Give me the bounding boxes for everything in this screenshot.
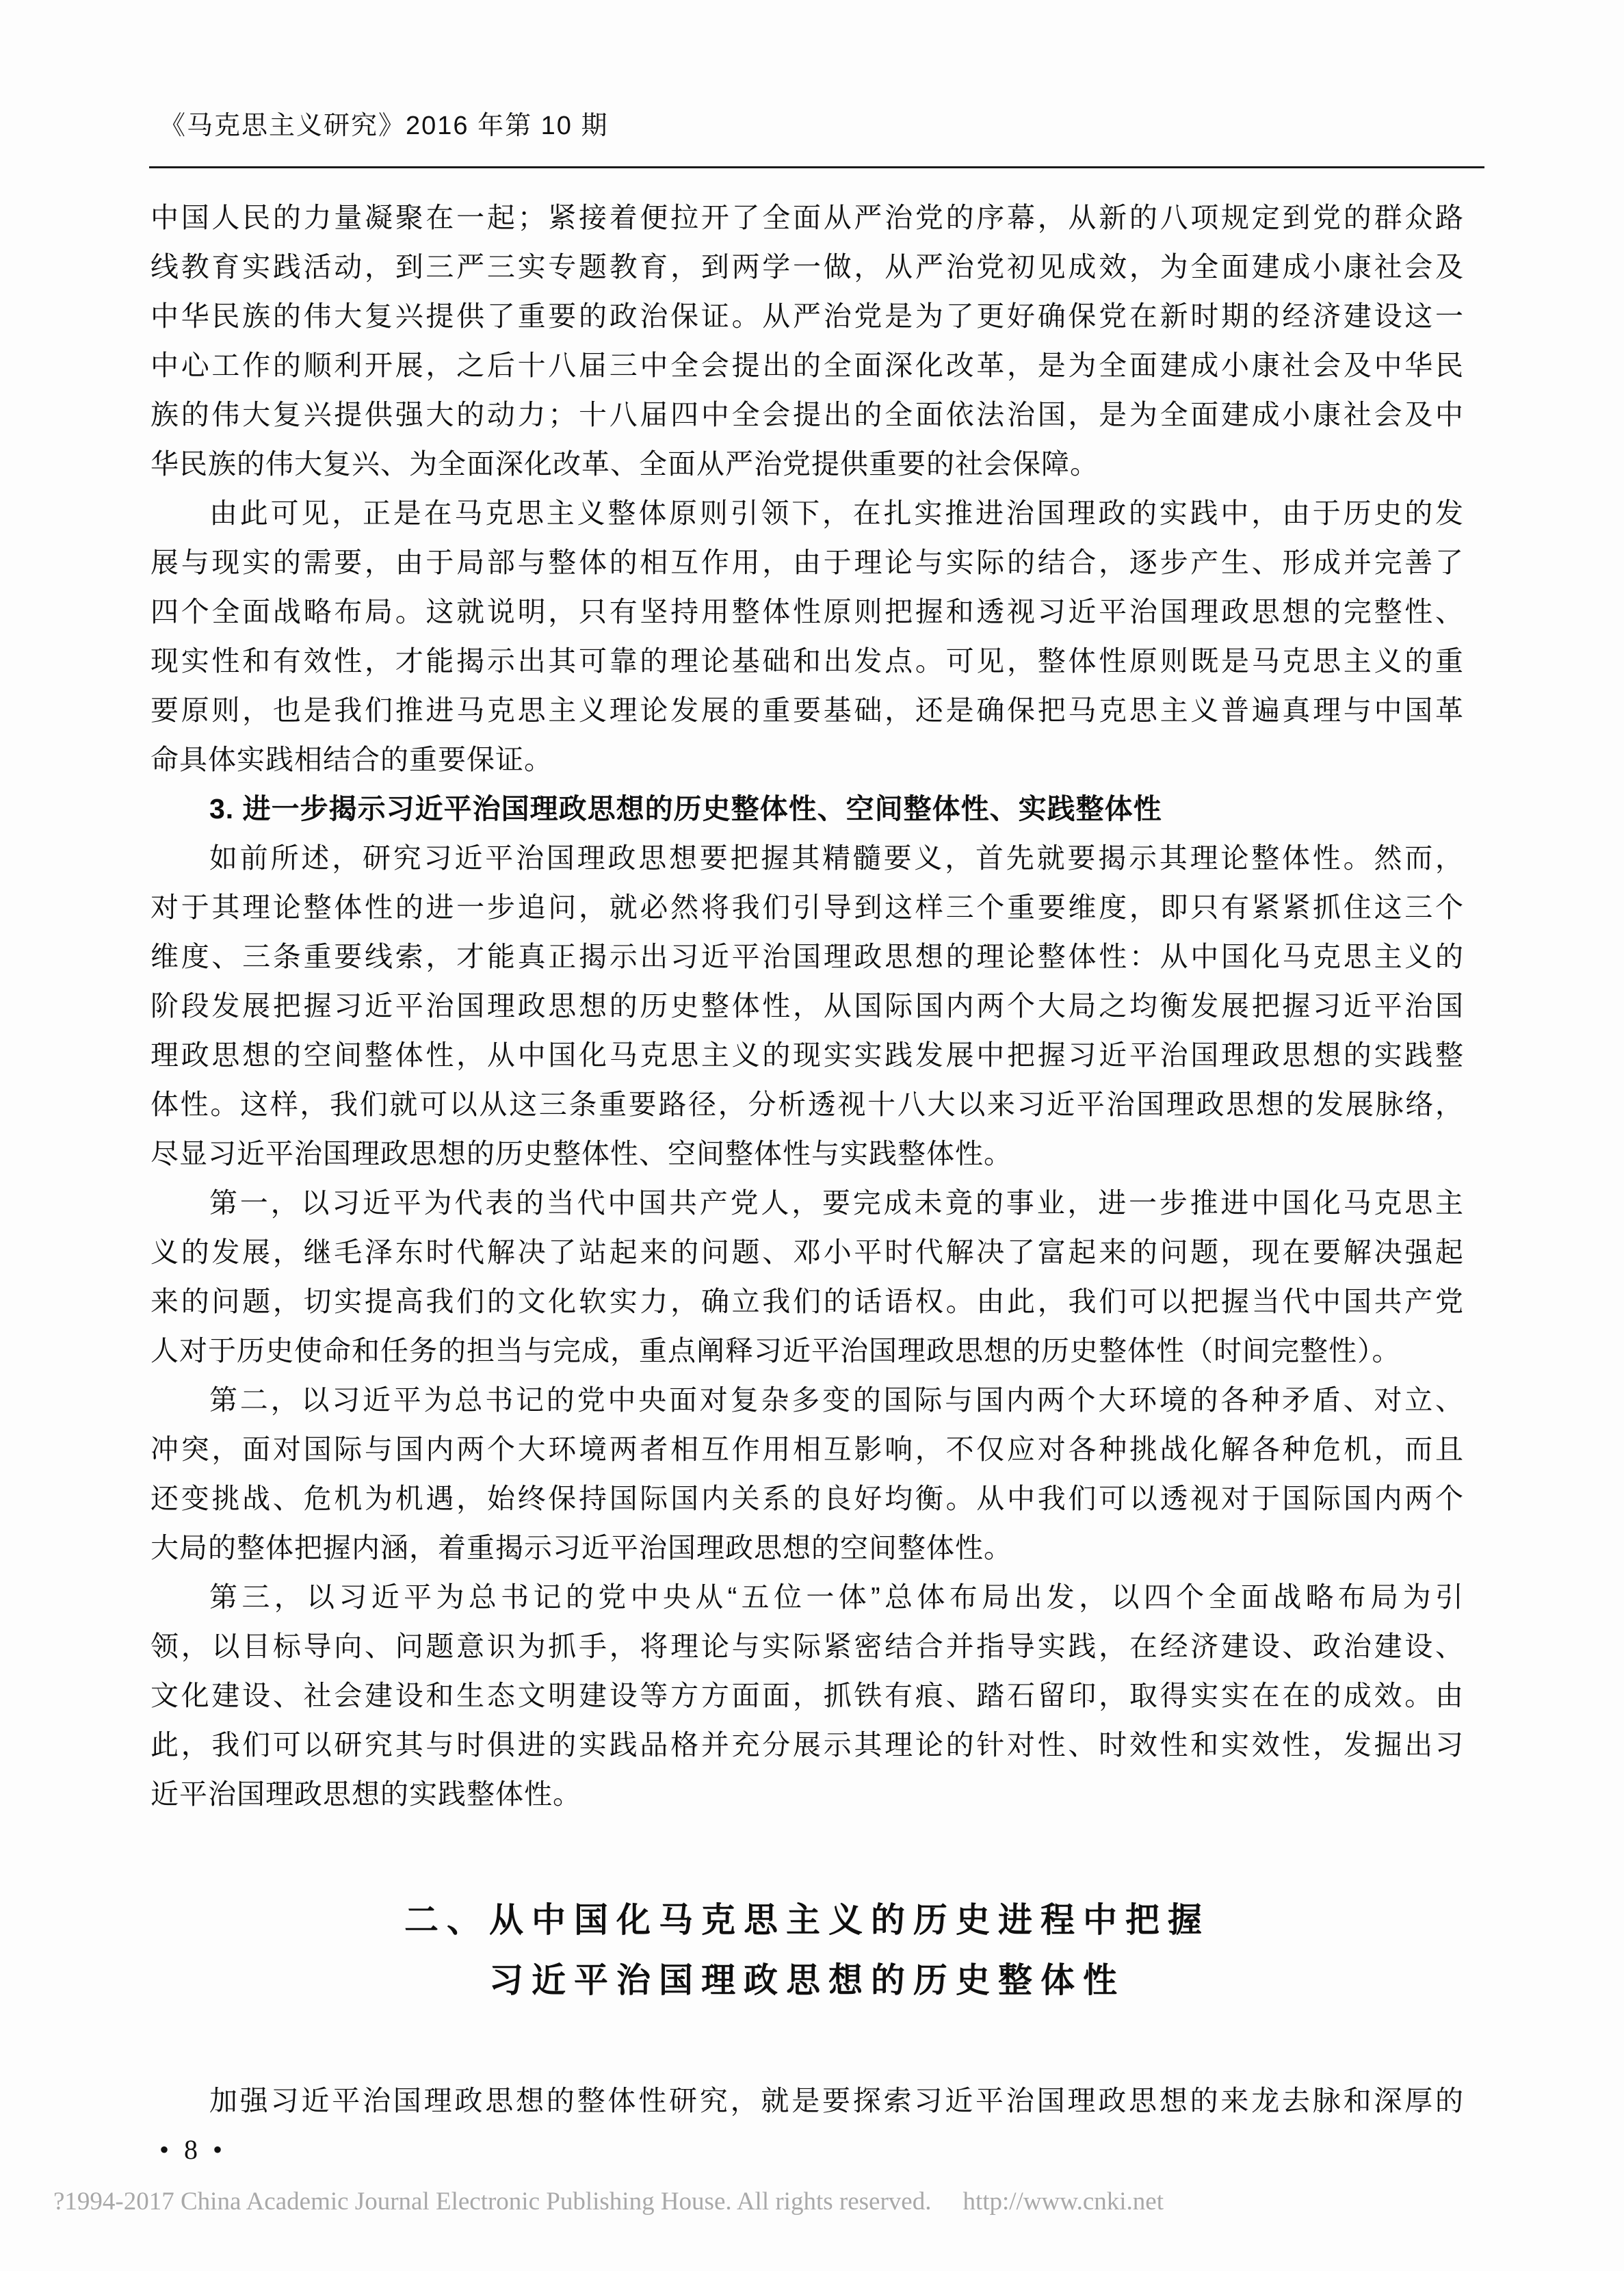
paragraph: 第一，以习近平为代表的当代中国共产党人，要完成未竟的事业，进一步推进中国化马克思… <box>150 1178 1464 1375</box>
text-line: 近平治国理政思想的实践整体性。 <box>150 1769 1464 1819</box>
paragraph: 由此可见，正是在马克思主义整体原则引领下，在扎实推进治国理政的实践中，由于历史的… <box>150 489 1464 784</box>
text-line: 华民族的伟大复兴、为全面深化改革、全面从严治党提供重要的社会保障。 <box>150 439 1464 489</box>
text-line: 还变挑战、危机为机遇，始终保持国际国内关系的良好均衡。从中我们可以透视对于国际国… <box>150 1474 1464 1523</box>
text-line: 义的发展，继毛泽东时代解决了站起来的问题、邓小平时代解决了富起来的问题，现在要解… <box>150 1228 1464 1277</box>
text-line: 人对于历史使命和任务的担当与完成，重点阐释习近平治国理政思想的历史整体性（时间完… <box>150 1326 1464 1375</box>
page-number: • 8 • <box>159 2133 226 2166</box>
text-line: 第二，以习近平为总书记的党中央面对复杂多变的国际与国内两个大环境的各种矛盾、对立… <box>150 1375 1464 1425</box>
text-line: 中国人民的力量凝聚在一起；紧接着便拉开了全面从严治党的序幕，从新的八项规定到党的… <box>150 193 1464 242</box>
text-line: 对于其理论整体性的进一步追问，就必然将我们引导到这样三个重要维度，即只有紧紧抓住… <box>150 883 1464 932</box>
text-line: 体性。这样，我们就可以从这三条重要路径，分析透视十八大以来习近平治国理政思想的发… <box>150 1080 1464 1129</box>
journal-page: 《马克思主义研究》2016 年第 10 期 中国人民的力量凝聚在一起；紧接着便拉… <box>0 0 1624 2271</box>
text-line: 3. 进一步揭示习近平治国理政思想的历史整体性、空间整体性、实践整体性 <box>150 784 1464 833</box>
paragraph: 加强习近平治国理政思想的整体性研究，就是要探索习近平治国理政思想的来龙去脉和深厚… <box>150 2076 1464 2125</box>
text-line: 由此可见，正是在马克思主义整体原则引领下，在扎实推进治国理政的实践中，由于历史的… <box>150 489 1464 538</box>
text-line: 理政思想的空间整体性，从中国化马克思主义的现实实践发展中把握习近平治国理政思想的… <box>150 1030 1464 1080</box>
text-line: 文化建设、社会建设和生态文明建设等方方面面，抓铁有痕、踏石留印，取得实实在在的成… <box>150 1671 1464 1720</box>
text-line: 第一，以习近平为代表的当代中国共产党人，要完成未竟的事业，进一步推进中国化马克思… <box>150 1178 1464 1228</box>
text-line: 尽显习近平治国理政思想的历史整体性、空间整体性与实践整体性。 <box>150 1129 1464 1178</box>
paragraph: 第二，以习近平为总书记的党中央面对复杂多变的国际与国内两个大环境的各种矛盾、对立… <box>150 1375 1464 1572</box>
text-line: 要原则，也是我们推进马克思主义理论发展的重要基础，还是确保把马克思主义普遍真理与… <box>150 686 1464 735</box>
text-line: 展与现实的需要，由于局部与整体的相互作用，由于理论与实际的结合，逐步产生、形成并… <box>150 538 1464 587</box>
text-line: 领，以目标导向、问题意识为抓手，将理论与实际紧密结合并指导实践，在经济建设、政治… <box>150 1622 1464 1671</box>
text-line: 阶段发展把握习近平治国理政思想的历史整体性，从国际国内两个大局之均衡发展把握习近… <box>150 981 1464 1030</box>
text-line: 加强习近平治国理政思想的整体性研究，就是要探索习近平治国理政思想的来龙去脉和深厚… <box>150 2076 1464 2125</box>
section-heading-line: 二、从中国化马克思主义的历史进程中把握 <box>150 1890 1464 1950</box>
text-line: 冲突，面对国际与国内两个大环境两者相互作用相互影响，不仅应对各种挑战化解各种危机… <box>150 1425 1464 1474</box>
text-line: 四个全面战略布局。这就说明，只有坚持用整体性原则把握和透视习近平治国理政思想的完… <box>150 587 1464 636</box>
paragraph: 中国人民的力量凝聚在一起；紧接着便拉开了全面从严治党的序幕，从新的八项规定到党的… <box>150 193 1464 489</box>
text-line: 族的伟大复兴提供强大的动力；十八届四中全会提出的全面依法治国，是为全面建成小康社… <box>150 390 1464 439</box>
section-heading: 二、从中国化马克思主义的历史进程中把握习近平治国理政思想的历史整体性 <box>150 1890 1464 2010</box>
text-line: 现实性和有效性，才能揭示出其可靠的理论基础和出发点。可见，整体性原则既是马克思主… <box>150 636 1464 686</box>
text-line: 中华民族的伟大复兴提供了重要的政治保证。从严治党是为了更好确保党在新时期的经济建… <box>150 291 1464 341</box>
sub-heading: 3. 进一步揭示习近平治国理政思想的历史整体性、空间整体性、实践整体性 <box>150 784 1464 833</box>
paragraph: 如前所述，研究习近平治国理政思想要把握其精髓要义，首先就要揭示其理论整体性。然而… <box>150 833 1464 1178</box>
copyright-text: ?1994-2017 China Academic Journal Electr… <box>53 2188 931 2216</box>
article-body: 中国人民的力量凝聚在一起；紧接着便拉开了全面从严治党的序幕，从新的八项规定到党的… <box>150 193 1464 2125</box>
footer-url: http://www.cnki.net <box>962 2188 1164 2216</box>
text-line: 如前所述，研究习近平治国理政思想要把握其精髓要义，首先就要揭示其理论整体性。然而… <box>150 833 1464 883</box>
text-line: 第三，以习近平为总书记的党中央从“五位一体”总体布局出发，以四个全面战略布局为引 <box>150 1572 1464 1622</box>
journal-header: 《马克思主义研究》2016 年第 10 期 <box>159 104 608 142</box>
text-line: 维度、三条重要线索，才能真正揭示出习近平治国理政思想的理论整体性：从中国化马克思… <box>150 932 1464 981</box>
paragraph: 第三，以习近平为总书记的党中央从“五位一体”总体布局出发，以四个全面战略布局为引… <box>150 1572 1464 1819</box>
footer: ?1994-2017 China Academic Journal Electr… <box>53 2187 1164 2216</box>
section-heading-line: 习近平治国理政思想的历史整体性 <box>150 1950 1464 2010</box>
text-line: 中心工作的顺利开展，之后十八届三中全会提出的全面深化改革，是为全面建成小康社会及… <box>150 341 1464 390</box>
text-line: 来的问题，切实提高我们的文化软实力，确立我们的话语权。由此，我们可以把握当代中国… <box>150 1277 1464 1326</box>
text-line: 线教育实践活动，到三严三实专题教育，到两学一做，从严治党初见成效，为全面建成小康… <box>150 242 1464 291</box>
text-line: 大局的整体把握内涵，着重揭示习近平治国理政思想的空间整体性。 <box>150 1523 1464 1572</box>
header-divider <box>149 166 1484 168</box>
text-line: 此，我们可以研究其与时俱进的实践品格并充分展示其理论的针对性、时效性和实效性，发… <box>150 1720 1464 1769</box>
text-line: 命具体实践相结合的重要保证。 <box>150 735 1464 784</box>
